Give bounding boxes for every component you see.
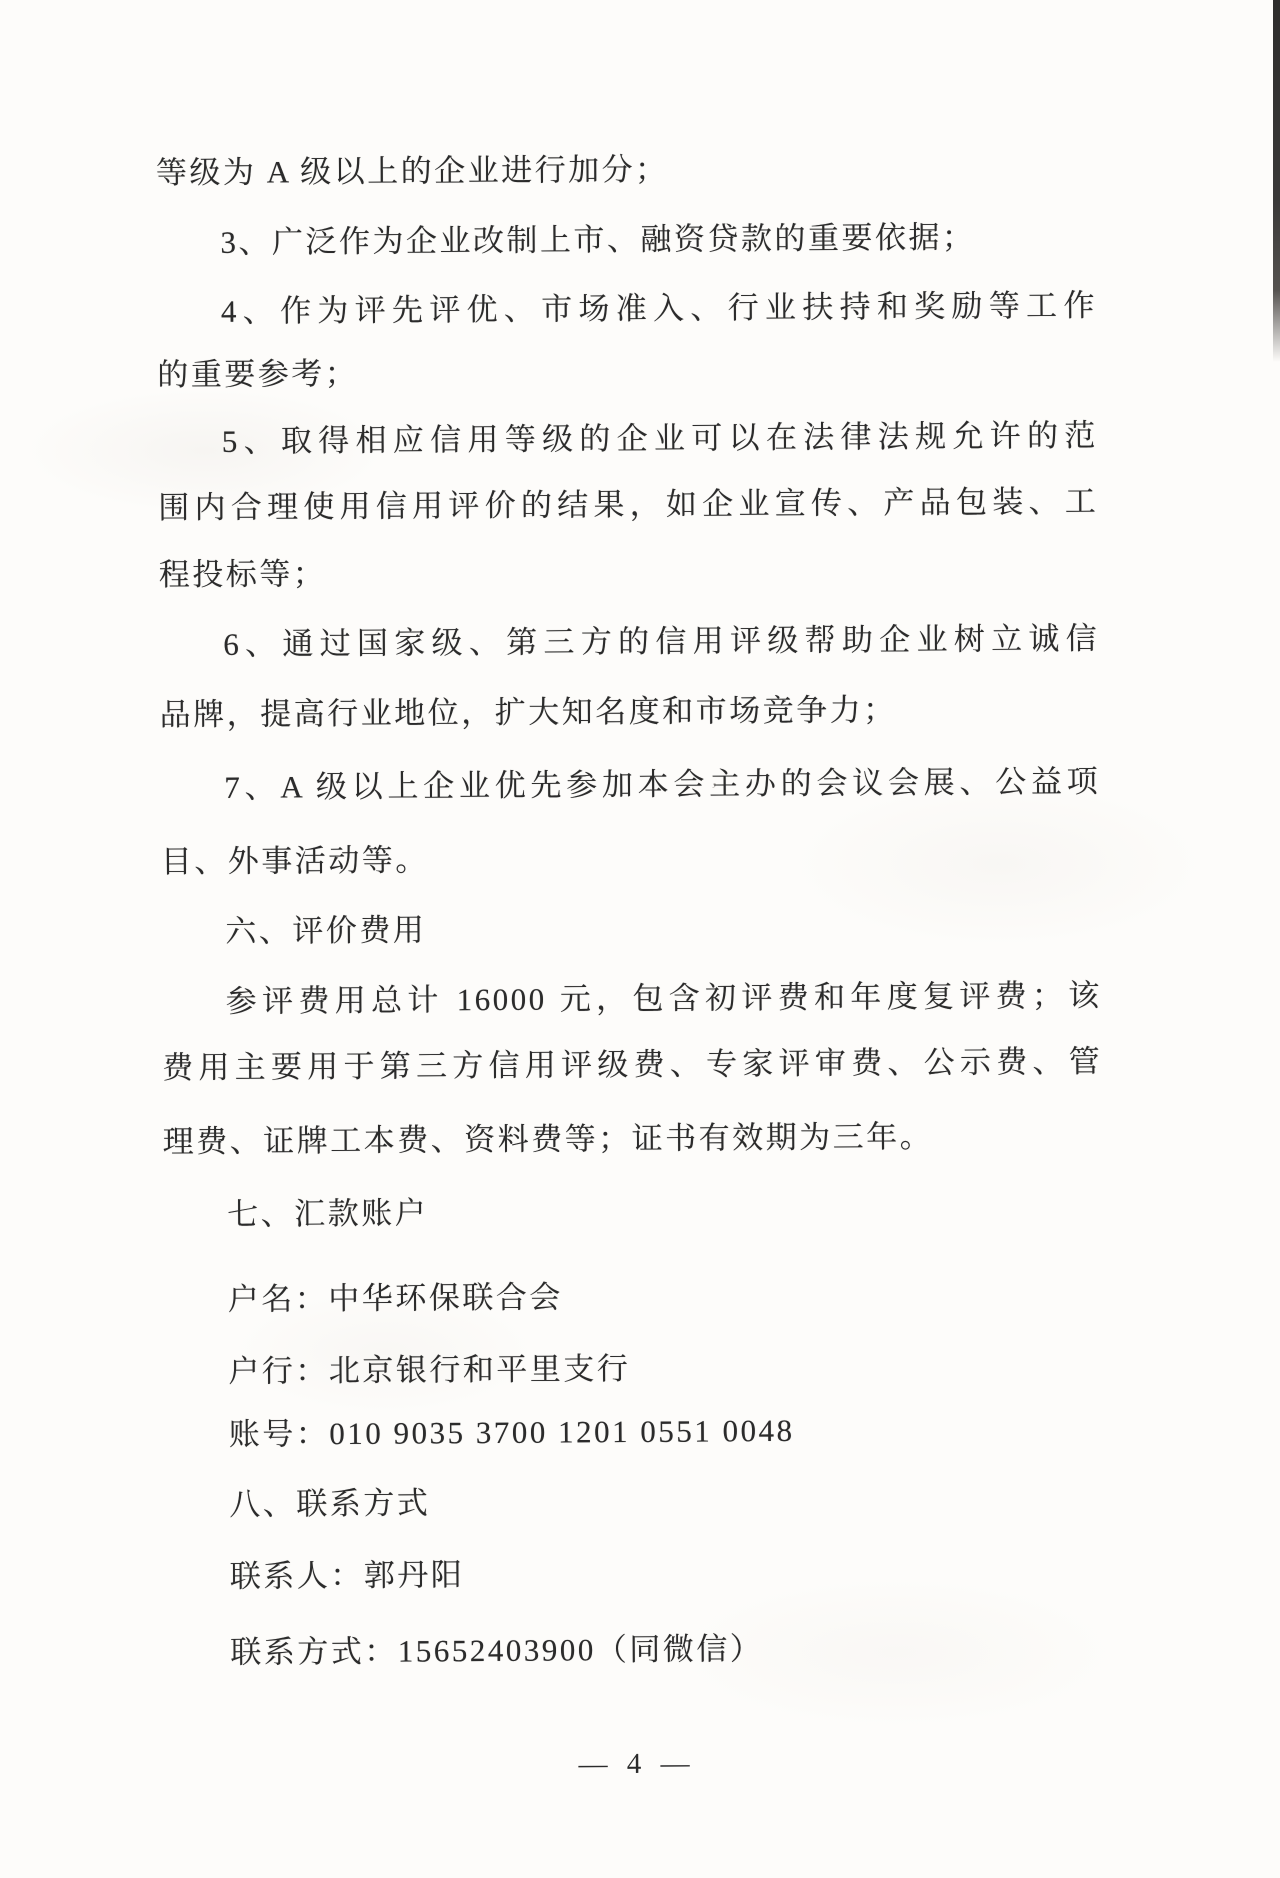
scan-edge-artifact [1273, 0, 1280, 362]
text-line: 费用主要用于第三方信用评级费、专家评审费、公示费、管 [162, 1040, 1102, 1091]
text-line: 户名：中华环保联合会 [164, 1272, 1104, 1323]
text-line: 参评费用总计 16000 元，包含初评费和年度复评费；该 [162, 974, 1102, 1025]
text-line: 理费、证牌工本费、资料费等；证书有效期为三年。 [163, 1114, 1103, 1165]
text-line: 八、联系方式 [165, 1477, 1105, 1528]
document-text-block: — 4 — ’ 等级为 A 级以上的企业进行加分；3、广泛作为企业改制上市、融资… [155, 0, 1108, 1878]
text-line: 的重要参考； [157, 347, 1097, 398]
text-line: 品牌，提高行业地位，扩大知名度和市场竞争力； [160, 687, 1100, 738]
text-line: 联系人：郭丹阳 [166, 1549, 1106, 1600]
page-number: — 4 — [167, 1745, 1107, 1785]
text-line: 账号：010 9035 3700 1201 0551 0048 [165, 1407, 1105, 1458]
text-line: 联系方式：15652403900（同微信） [166, 1625, 1106, 1676]
scanned-document-page: — 4 — ’ 等级为 A 级以上的企业进行加分；3、广泛作为企业改制上市、融资… [0, 0, 1280, 1878]
text-line: 3、广泛作为企业改制上市、融资贷款的重要依据； [156, 215, 1096, 266]
text-line: 等级为 A 级以上的企业进行加分； [156, 145, 1096, 196]
text-line: 围内合理使用信用评价的结果，如企业宣传、产品包装、工 [158, 480, 1098, 531]
text-line: 5、取得相应信用等级的企业可以在法律法规允许的范 [158, 414, 1098, 465]
text-line: 户行：北京银行和平里支行 [164, 1344, 1104, 1395]
text-line: 7、A 级以上企业优先参加本会主办的会议会展、公益项 [160, 760, 1100, 811]
text-line: 程投标等； [159, 547, 1099, 598]
text-line: 目、外事活动等。 [161, 834, 1101, 885]
text-line: 4、作为评先评优、市场准入、行业扶持和奖励等工作 [157, 284, 1097, 335]
text-line: 七、汇款账户 [163, 1187, 1103, 1238]
text-line: 六、评价费用 [161, 904, 1101, 955]
text-line: 6、通过国家级、第三方的信用评级帮助企业树立诚信 [159, 617, 1099, 668]
